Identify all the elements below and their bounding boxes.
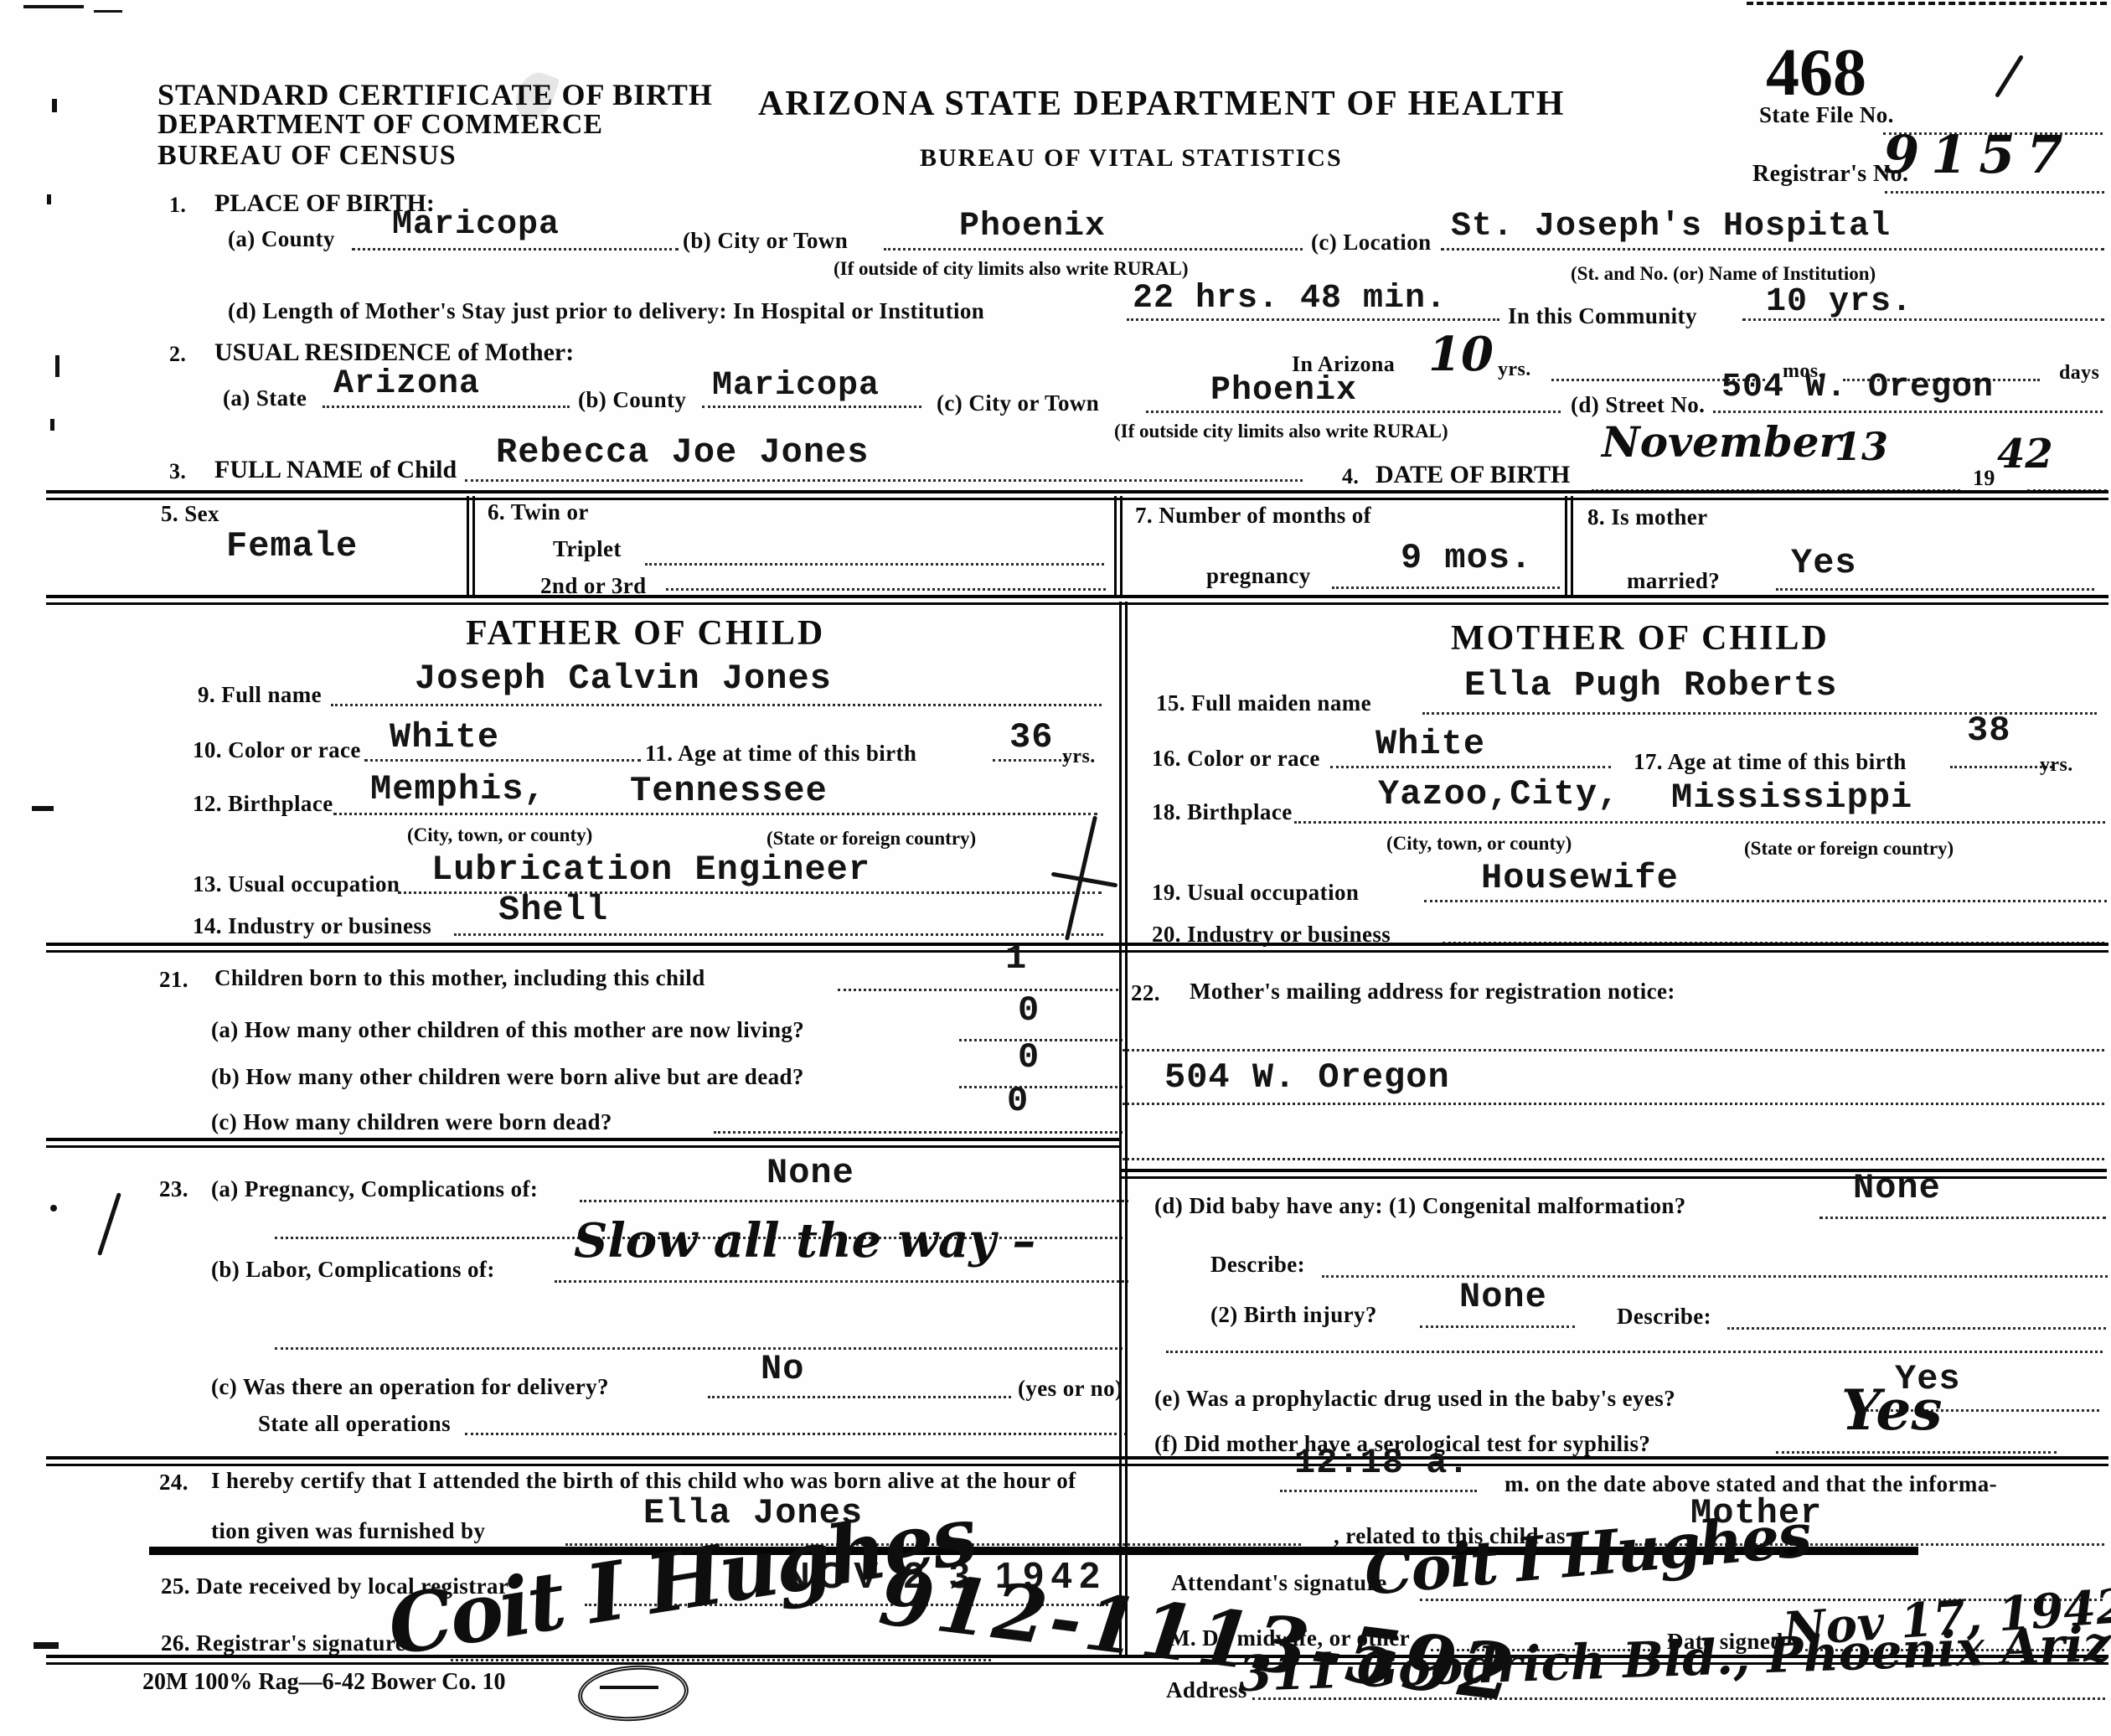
state-file-number-stamp: 468 bbox=[1766, 35, 1866, 111]
fill-line bbox=[1950, 766, 2052, 768]
fill-line bbox=[465, 1433, 1127, 1435]
community-value: 10 yrs. bbox=[1766, 283, 1912, 321]
mother-occupation-label: 19. Usual occupation bbox=[1152, 880, 1359, 906]
stay-length-label: (d) Length of Mother's Stay just prior t… bbox=[228, 298, 984, 324]
year-prefix-print: 19 bbox=[1973, 466, 1995, 491]
mother-race-label: 16. Color or race bbox=[1152, 746, 1320, 772]
state-foreign-note: (State or foreign country) bbox=[766, 828, 976, 850]
scan-artifact bbox=[94, 10, 122, 13]
describe-label-2: Describe: bbox=[1617, 1304, 1711, 1330]
section1-number: 1. bbox=[169, 193, 186, 218]
fill-line bbox=[333, 813, 1097, 815]
city-town-county-note: (City, town, or county) bbox=[407, 824, 592, 846]
rule bbox=[46, 1138, 1121, 1148]
days-label: days bbox=[2059, 362, 2099, 385]
birth-location-value: St. Joseph's Hospital bbox=[1451, 208, 1891, 245]
center-divider bbox=[1119, 602, 1128, 1655]
fill-line bbox=[580, 1200, 1128, 1202]
father-age-value: 36 bbox=[1009, 717, 1053, 757]
fill-line bbox=[1819, 1217, 2106, 1219]
section24-number: 24. bbox=[159, 1470, 188, 1496]
section2-title: USUAL RESIDENCE of Mother: bbox=[214, 338, 574, 367]
mother-age-unit: yrs. bbox=[2040, 754, 2073, 777]
residence-street-label: (d) Street No. bbox=[1571, 392, 1705, 418]
ink-mark bbox=[1051, 872, 1118, 888]
pregnancy-complications-label: (a) Pregnancy, Complications of: bbox=[211, 1176, 538, 1202]
fill-line bbox=[331, 704, 1102, 706]
residence-city-value: Phoenix bbox=[1210, 372, 1357, 410]
in-arizona-years-value: 10 bbox=[1428, 327, 1494, 382]
birth-injury-label: (2) Birth injury? bbox=[1210, 1302, 1377, 1328]
fill-line bbox=[1146, 411, 1561, 413]
mother-age-label: 17. Age at time of this birth bbox=[1634, 749, 1907, 775]
certify-line2: tion given was furnished by bbox=[211, 1518, 485, 1544]
mailing-address-label: Mother's mailing address for registratio… bbox=[1190, 979, 1675, 1005]
father-industry-value: Shell bbox=[498, 890, 608, 930]
father-name-value: Joseph Calvin Jones bbox=[415, 659, 832, 699]
page-subtitle: BUREAU OF VITAL STATISTICS bbox=[920, 144, 1343, 173]
rural-note-2: (If outside city limits also write RURAL… bbox=[1114, 421, 1448, 442]
fill-line bbox=[1322, 1275, 2108, 1278]
fill-line bbox=[352, 248, 679, 251]
fill-line bbox=[959, 1086, 1123, 1088]
column-divider bbox=[1565, 496, 1573, 595]
fill-line bbox=[1441, 248, 2104, 251]
father-birthplace-label: 12. Birthplace bbox=[193, 791, 333, 817]
birth-city-label: (b) City or Town bbox=[683, 228, 848, 254]
fill-line bbox=[708, 1396, 1011, 1398]
fill-line bbox=[465, 479, 1303, 482]
section21-number: 21. bbox=[159, 967, 188, 993]
father-section-title: FATHER OF CHILD bbox=[466, 613, 825, 654]
fill-line bbox=[1330, 766, 1611, 768]
months-pregnancy-value: 9 mos. bbox=[1401, 538, 1532, 578]
sex-label: 5. Sex bbox=[161, 501, 219, 527]
fill-line bbox=[1294, 821, 2105, 824]
prophylactic-drug-label: (e) Was a prophylactic drug used in the … bbox=[1154, 1386, 1675, 1412]
birth-year-value: 42 bbox=[1997, 431, 2053, 478]
state-all-operations-label: State all operations bbox=[258, 1411, 451, 1437]
section3-number: 3. bbox=[169, 459, 186, 484]
congenital-malformation-value: None bbox=[1853, 1168, 1941, 1208]
fill-line bbox=[1420, 1325, 1575, 1328]
birth-injury-value: None bbox=[1459, 1277, 1547, 1317]
syphilis-test-value: Yes bbox=[1841, 1377, 1943, 1443]
married-question-label: married? bbox=[1627, 568, 1720, 594]
child-name-value: Rebecca Joe Jones bbox=[496, 432, 869, 473]
fill-line bbox=[702, 406, 921, 408]
section23-number: 23. bbox=[159, 1176, 188, 1202]
triplet-label: Triplet bbox=[553, 536, 622, 562]
fill-line bbox=[714, 1131, 1123, 1134]
scan-artifact bbox=[47, 194, 51, 204]
fill-line bbox=[1776, 1451, 2057, 1454]
fill-line bbox=[666, 588, 1106, 591]
fill-line bbox=[1727, 1327, 2106, 1330]
scan-artifact bbox=[55, 355, 59, 377]
stillborn-value: 0 bbox=[1007, 1081, 1029, 1121]
fill-line bbox=[1123, 1158, 2104, 1160]
children-born-label: Children born to this mother, including … bbox=[214, 965, 705, 991]
mother-occupation-value: Housewife bbox=[1481, 858, 1679, 898]
fill-line bbox=[993, 759, 1066, 762]
children-born-value: 1 bbox=[1005, 938, 1027, 979]
fill-line bbox=[1885, 191, 2104, 194]
mother-birthplace-state: Mississippi bbox=[1671, 778, 1912, 818]
residence-state-label: (a) State bbox=[223, 385, 307, 411]
father-age-label: 11. Age at time of this birth bbox=[645, 741, 916, 767]
birth-day-value: 13 bbox=[1835, 424, 1888, 469]
residence-street-value: 504 W. Oregon bbox=[1721, 369, 1994, 406]
date-of-birth-label: DATE OF BIRTH bbox=[1376, 461, 1570, 489]
fill-line bbox=[1424, 900, 2107, 902]
describe-label-1: Describe: bbox=[1210, 1252, 1305, 1278]
city-town-county-note-2: (City, town, or county) bbox=[1386, 833, 1572, 855]
fill-line bbox=[454, 933, 1103, 936]
is-mother-label: 8. Is mother bbox=[1587, 504, 1708, 530]
fill-line bbox=[1776, 588, 2094, 591]
father-race-label: 10. Color or race bbox=[193, 737, 361, 763]
print-stock-note: 20M 100% Rag—6-42 Bower Co. 10 bbox=[142, 1669, 505, 1696]
residence-county-label: (b) County bbox=[578, 387, 686, 413]
months-pregnancy-label: 7. Number of months of bbox=[1135, 503, 1371, 529]
fill-line bbox=[275, 1347, 1128, 1350]
institution-note: (St. and No. (or) Name of Institution) bbox=[1571, 263, 1876, 285]
mother-race-value: White bbox=[1376, 724, 1485, 764]
registrar-number-value: 9157 bbox=[1883, 124, 2075, 185]
form-name-line2: DEPARTMENT OF COMMERCE bbox=[157, 109, 603, 141]
section22-number: 22. bbox=[1131, 980, 1160, 1006]
congenital-malformation-label: (d) Did baby have any: (1) Congenital ma… bbox=[1154, 1193, 1686, 1219]
scan-artifact bbox=[34, 1642, 59, 1649]
scan-artifact bbox=[32, 806, 54, 811]
rule bbox=[46, 1456, 2108, 1466]
pregnancy-complications-value: None bbox=[766, 1153, 854, 1193]
fill-line bbox=[1166, 1351, 2103, 1353]
twin-order-label: 2nd or 3rd bbox=[540, 573, 647, 599]
pen-check-mark bbox=[97, 1192, 121, 1256]
union-label-seal bbox=[576, 1661, 690, 1724]
rule bbox=[46, 943, 2108, 953]
mailing-address-value: 504 W. Oregon bbox=[1164, 1057, 1450, 1098]
fill-line bbox=[1332, 586, 1560, 589]
fill-line bbox=[364, 759, 641, 762]
section4-number: 4. bbox=[1342, 464, 1359, 489]
rule bbox=[1121, 1169, 2107, 1179]
birth-county-label: (a) County bbox=[228, 226, 335, 252]
married-value: Yes bbox=[1791, 543, 1857, 583]
birth-location-label: (c) Location bbox=[1311, 230, 1432, 256]
children-living-label: (a) How many other children of this moth… bbox=[211, 1017, 804, 1043]
labor-complications-value: Slow all the way – bbox=[574, 1213, 1035, 1268]
residence-state-value: Arizona bbox=[333, 365, 480, 403]
stillborn-label: (c) How many children were born dead? bbox=[211, 1109, 612, 1135]
rule bbox=[46, 490, 2108, 500]
registrar-signature-label: 26. Registrar's signature bbox=[161, 1630, 405, 1656]
operation-delivery-value: No bbox=[761, 1349, 804, 1389]
sex-value: Female bbox=[226, 526, 358, 566]
page-title: ARIZONA STATE DEPARTMENT OF HEALTH bbox=[758, 84, 1565, 124]
birth-certificate-scan: STANDARD CERTIFICATE OF BIRTH DEPARTMENT… bbox=[0, 0, 2111, 1736]
community-label: In this Community bbox=[1508, 303, 1697, 329]
father-occupation-label: 13. Usual occupation bbox=[193, 871, 400, 897]
father-age-unit: yrs. bbox=[1062, 746, 1096, 768]
mother-name-label: 15. Full maiden name bbox=[1156, 690, 1371, 716]
operation-delivery-label: (c) Was there an operation for delivery? bbox=[211, 1374, 609, 1400]
yrs-label: yrs. bbox=[1498, 359, 1531, 381]
column-divider bbox=[467, 496, 475, 595]
fill-line bbox=[959, 1039, 1123, 1041]
rural-note: (If outside of city limits also write RU… bbox=[834, 258, 1189, 280]
father-birthplace-city: Memphis, bbox=[370, 769, 546, 809]
children-dead-value: 0 bbox=[1018, 1037, 1040, 1077]
attendant-signature-value: Coit I Hughes bbox=[1361, 1499, 1813, 1609]
children-dead-label: (b) How many other children were born al… bbox=[211, 1064, 804, 1090]
stay-length-value: 22 hrs. 48 min. bbox=[1133, 280, 1447, 318]
fill-line bbox=[1123, 1049, 2104, 1051]
scan-artifact bbox=[50, 419, 54, 431]
form-name-line3: BUREAU OF CENSUS bbox=[157, 140, 457, 172]
form-name-line1: STANDARD CERTIFICATE OF BIRTH bbox=[157, 77, 713, 112]
mother-birthplace-label: 18. Birthplace bbox=[1152, 799, 1293, 825]
column-divider bbox=[1114, 496, 1123, 595]
residence-county-value: Maricopa bbox=[712, 367, 880, 405]
fill-line bbox=[1123, 1103, 2104, 1105]
father-occupation-value: Lubrication Engineer bbox=[431, 850, 870, 890]
labor-complications-label: (b) Labor, Complications of: bbox=[211, 1257, 495, 1283]
children-living-value: 0 bbox=[1018, 990, 1040, 1031]
father-name-label: 9. Full name bbox=[198, 682, 322, 708]
mother-name-value: Ella Pugh Roberts bbox=[1464, 665, 1837, 705]
fill-line bbox=[555, 1280, 1128, 1283]
mother-industry-label: 20. Industry or business bbox=[1152, 922, 1391, 948]
scan-artifact bbox=[1747, 2, 2107, 5]
mother-birthplace-city: Yazoo,City, bbox=[1378, 774, 1619, 814]
birth-city-value: Phoenix bbox=[959, 208, 1106, 245]
mother-age-value: 38 bbox=[1967, 710, 2010, 751]
fill-line bbox=[645, 563, 1104, 566]
state-foreign-note-2: (State or foreign country) bbox=[1744, 838, 1954, 860]
fill-line bbox=[884, 248, 1303, 251]
scan-artifact bbox=[52, 99, 57, 112]
scan-artifact bbox=[50, 1205, 57, 1212]
fill-line bbox=[1280, 1490, 1477, 1492]
father-industry-label: 14. Industry or business bbox=[193, 913, 431, 939]
father-birthplace-state: Tennessee bbox=[630, 771, 828, 811]
section2-number: 2. bbox=[169, 342, 186, 367]
mother-section-title: MOTHER OF CHILD bbox=[1451, 618, 1830, 659]
fill-line bbox=[323, 406, 570, 408]
residence-city-label: (c) City or Town bbox=[937, 390, 1099, 416]
father-race-value: White bbox=[390, 717, 499, 757]
pen-tick bbox=[1995, 54, 2024, 98]
fill-line bbox=[838, 989, 1118, 991]
birth-county-value: Maricopa bbox=[392, 206, 560, 244]
rule bbox=[46, 595, 2108, 605]
birth-hour-value: 12:18 a. bbox=[1294, 1443, 1470, 1483]
fill-line bbox=[1713, 411, 2103, 413]
child-name-label: FULL NAME of Child bbox=[214, 456, 457, 484]
scan-artifact bbox=[23, 5, 84, 8]
twin-label: 6. Twin or bbox=[488, 499, 589, 525]
birth-month-value: November bbox=[1602, 417, 1841, 467]
yes-or-no-note: (yes or no) bbox=[1018, 1376, 1123, 1402]
fill-line bbox=[1127, 318, 1499, 321]
pregnancy-label: pregnancy bbox=[1206, 563, 1311, 589]
